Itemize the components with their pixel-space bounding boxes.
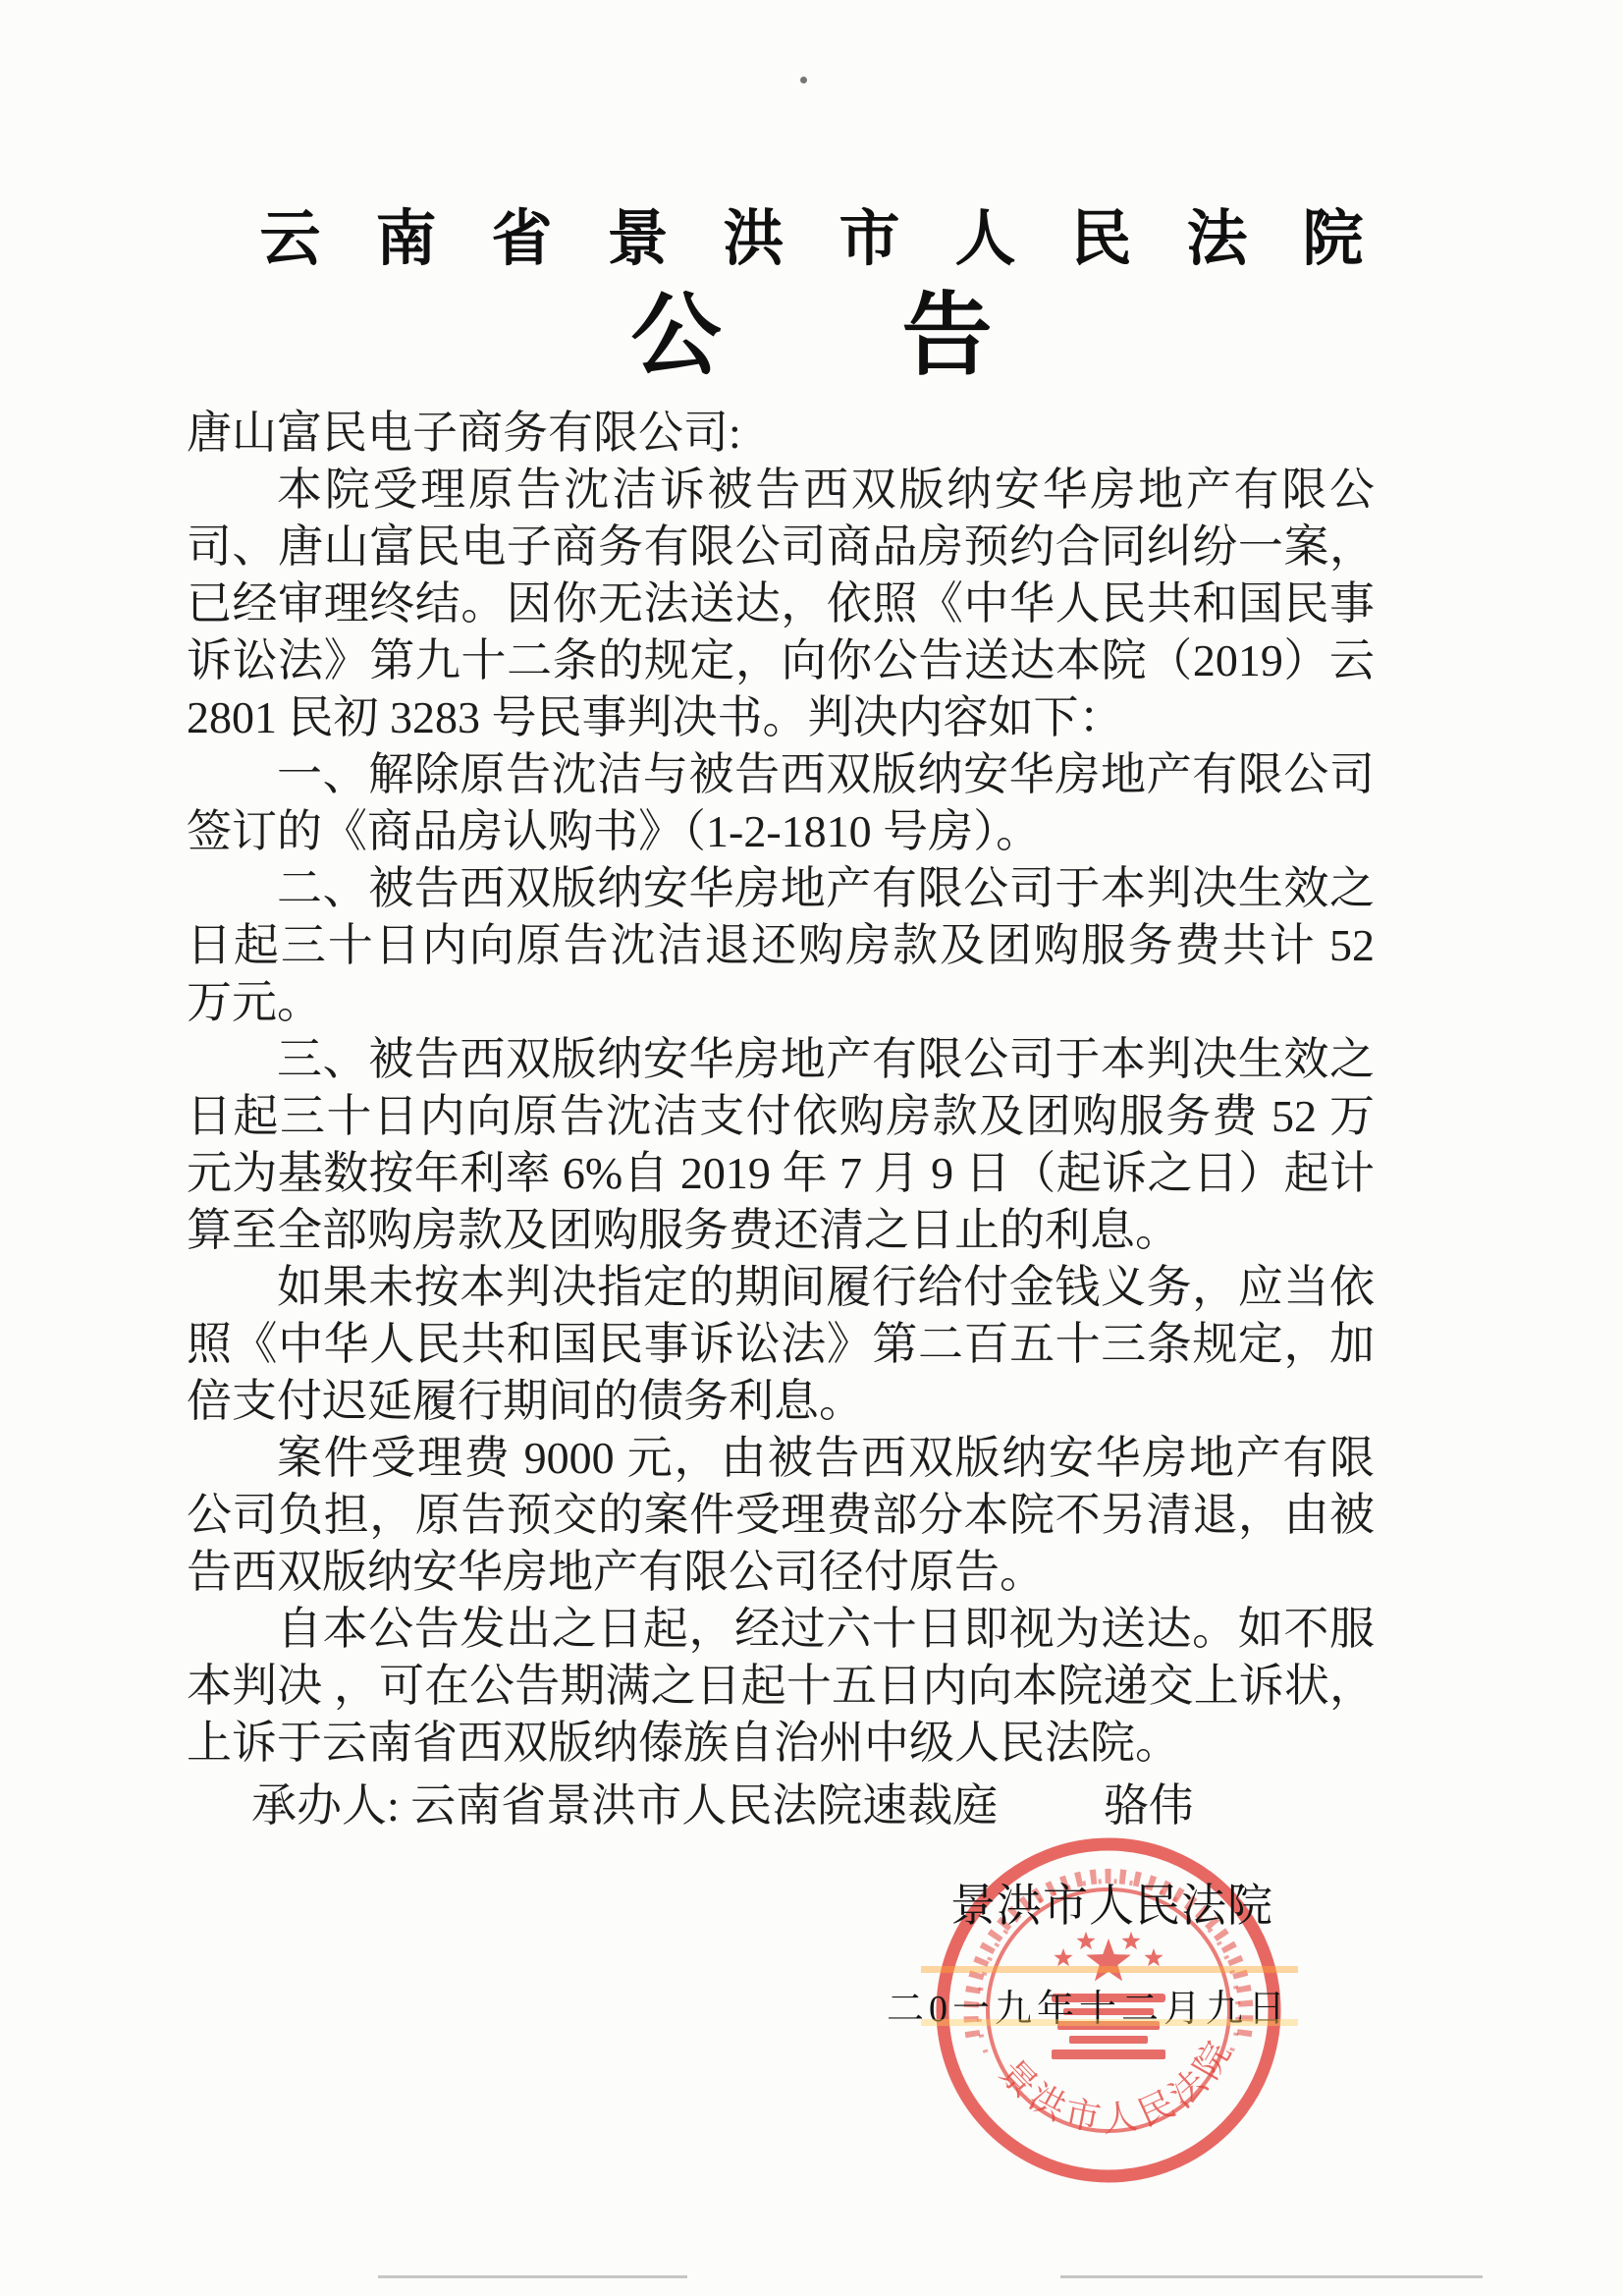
scan-line-artifact (1060, 2275, 1483, 2278)
doc-title: 公 告 (0, 287, 1623, 386)
body-paragraph: 本院受理原告沈洁诉被告西双版纳安华房地产有限公司、唐山富民电子商务有限公司商品房… (187, 462, 1375, 746)
body-paragraph: 自本公告发出之日起，经过六十日即视为送达。如不服本判决 ，可在公告期满之日起十五… (187, 1601, 1375, 1772)
body-paragraph: 一、解除原告沈洁与被告西双版纳安华房地产有限公司签订的《商品房认购书》（1-2-… (187, 746, 1375, 860)
body-paragraph: 唐山富民电子商务有限公司: (187, 405, 1375, 462)
scan-line-artifact (378, 2275, 687, 2278)
body-paragraph: 三、被告西双版纳安华房地产有限公司于本判决生效之日起三十日内向原告沈洁支付依购房… (187, 1031, 1375, 1259)
signature-date: 二0一九年十二月九日 (887, 1988, 1290, 2033)
page: 云南省景洪市人民法院 公 告 唐山富民电子商务有限公司:本院受理原告沈洁诉被告西… (0, 0, 1623, 2296)
svg-text:景洪市人民法院: 景洪市人民法院 (992, 2030, 1241, 2140)
court-title: 云南省景洪市人民法院 (0, 204, 1623, 274)
body-text: 唐山富民电子商务有限公司:本院受理原告沈洁诉被告西双版纳安华房地产有限公司、唐山… (187, 405, 1375, 1772)
body-paragraph: 二、被告西双版纳安华房地产有限公司于本判决生效之日起三十日内向原告沈洁退还购房款… (187, 860, 1375, 1031)
handler-office: 云南省景洪市人民法院速裁庭 (410, 1780, 998, 1831)
handler-name: 骆伟 (1104, 1780, 1194, 1831)
scan-dot-artifact (800, 77, 807, 83)
seal-arc-text: 景洪市人民法院 (992, 2030, 1241, 2140)
signature-court: 景洪市人民法院 (950, 1882, 1273, 1932)
handler-line: 承办人: 云南省景洪市人民法院速裁庭 骆伟 (251, 1777, 1194, 1834)
body-paragraph: 如果未按本判决指定的期间履行给付金钱义务，应当依照《中华人民共和国民事诉讼法》第… (187, 1259, 1375, 1430)
handler-label: 承办人: (251, 1780, 400, 1831)
body-paragraph: 案件受理费 9000 元，由被告西双版纳安华房地产有限公司负担，原告预交的案件受… (187, 1430, 1375, 1601)
